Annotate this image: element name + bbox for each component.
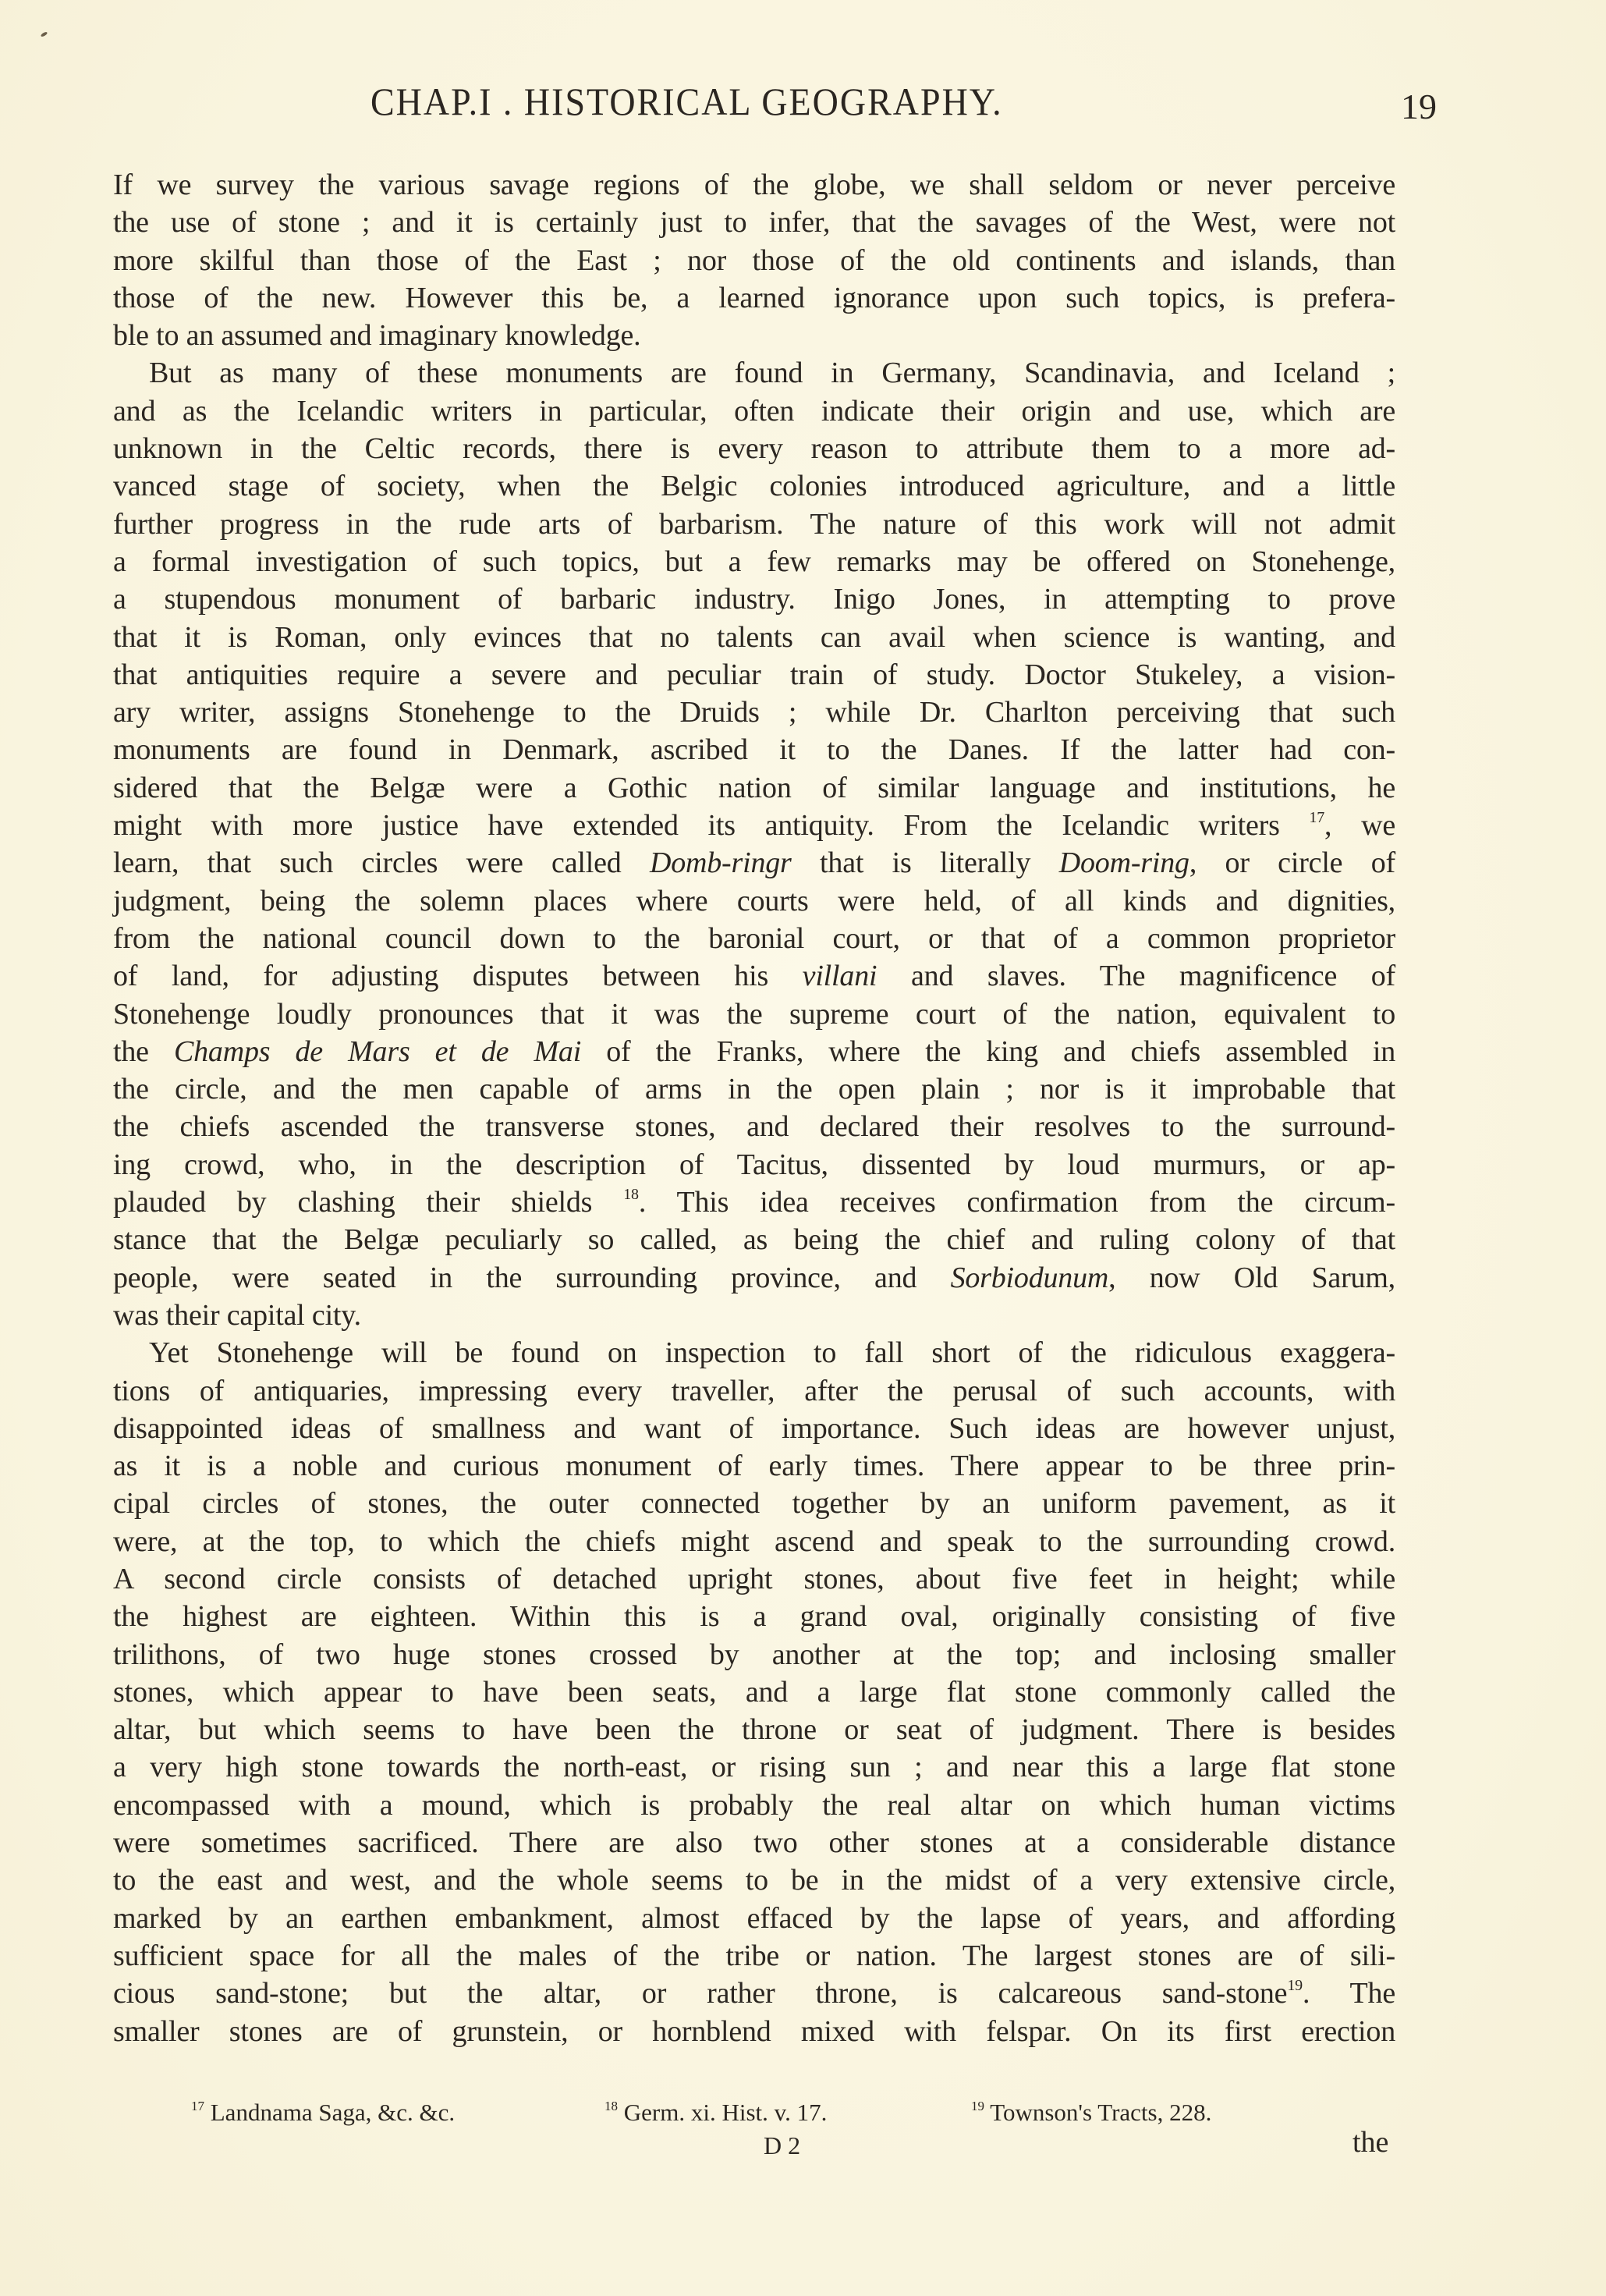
text-line: cious sand-stone; but the altar, or rath…: [113, 1975, 1395, 2012]
text-line: ary writer, assigns Stonehenge to the Dr…: [113, 694, 1395, 731]
text-line: plauded by clashing their shields 18. Th…: [113, 1183, 1395, 1221]
text-line: the Champs de Mars et de Mai of the Fran…: [113, 1033, 1395, 1070]
text-line: sufficient space for all the males of th…: [113, 1937, 1395, 1975]
paper-speck: [41, 31, 48, 37]
text-line: altar, but which seems to have been the …: [113, 1711, 1395, 1748]
running-head: CHAP.I . HISTORICAL GEOGRAPHY.: [370, 80, 1003, 124]
footnote-ref-18[interactable]: 18: [623, 1186, 639, 1203]
text-line: marked by an earthen embankment, almost …: [113, 1900, 1395, 1937]
text-line: smaller stones are of grunstein, or horn…: [113, 2013, 1395, 2050]
text-line: cipal circles of stones, the outer conne…: [113, 1485, 1395, 1522]
text-line: more skilful than those of the East ; no…: [113, 242, 1395, 279]
text-line: of land, for adjusting disputes between …: [113, 957, 1395, 995]
text-line: the use of stone ; and it is certainly j…: [113, 204, 1395, 241]
text-line: If we survey the various savage regions …: [113, 166, 1395, 204]
text-line: to the east and west, and the whole seem…: [113, 1861, 1395, 1899]
footnote-ref-17[interactable]: 17: [1309, 809, 1324, 826]
text-line: might with more justice have extended it…: [113, 807, 1395, 844]
text-line: vanced stage of society, when the Belgic…: [113, 467, 1395, 505]
text-line: ing crowd, who, in the description of Ta…: [113, 1146, 1395, 1183]
text-line: and as the Icelandic writers in particul…: [113, 392, 1395, 430]
text-line: disappointed ideas of smallness and want…: [113, 1410, 1395, 1447]
signature-mark: D 2: [764, 2131, 800, 2160]
text-line: Yet Stonehenge will be found on inspecti…: [113, 1334, 1395, 1372]
text-line: from the national council down to the ba…: [113, 920, 1395, 957]
text-line: stance that the Belgæ peculiarly so call…: [113, 1221, 1395, 1258]
text-line: judgment, being the solemn places where …: [113, 882, 1395, 920]
text-line: the highest are eighteen. Within this is…: [113, 1598, 1395, 1635]
catchword: the: [1353, 2125, 1388, 2159]
text-line: further progress in the rude arts of bar…: [113, 506, 1395, 543]
text-line: a formal investigation of such topics, b…: [113, 543, 1395, 580]
footnote-17: 17 Landnama Saga, &c. &c.: [191, 2099, 455, 2127]
text-line: were sometimes sacrificed. There are als…: [113, 1824, 1395, 1861]
footnote-18: 18 Germ. xi. Hist. v. 17.: [604, 2099, 827, 2127]
text-line: unknown in the Celtic records, there is …: [113, 430, 1395, 467]
footnote-19: 19 Townson's Tracts, 228.: [971, 2099, 1211, 2127]
text-line: a very high stone towards the north-east…: [113, 1748, 1395, 1786]
text-line: as it is a noble and curious monument of…: [113, 1447, 1395, 1485]
book-page: CHAP.I . HISTORICAL GEOGRAPHY. 19 If we …: [0, 0, 1606, 2296]
footnote-ref-19[interactable]: 19: [1287, 1977, 1303, 1994]
text-line: learn, that such circles were called Dom…: [113, 844, 1395, 882]
text-line: those of the new. However this be, a lea…: [113, 279, 1395, 317]
text-line: stones, which appear to have been seats,…: [113, 1673, 1395, 1711]
body-text: If we survey the various savage regions …: [113, 166, 1395, 2050]
text-line: the circle, and the men capable of arms …: [113, 1070, 1395, 1108]
page-number: 19: [1401, 86, 1437, 127]
text-line: that it is Roman, only evinces that no t…: [113, 619, 1395, 656]
text-line: were, at the top, to which the chiefs mi…: [113, 1523, 1395, 1560]
text-line: people, were seated in the surrounding p…: [113, 1259, 1395, 1297]
text-line: But as many of these monuments are found…: [113, 354, 1395, 392]
text-line: the chiefs ascended the transverse stone…: [113, 1108, 1395, 1145]
text-line: tions of antiquaries, impressing every t…: [113, 1372, 1395, 1410]
text-line: Stonehenge loudly pronounces that it was…: [113, 995, 1395, 1033]
text-line: a stupendous monument of barbaric indust…: [113, 580, 1395, 618]
text-line: sidered that the Belgæ were a Gothic nat…: [113, 769, 1395, 807]
text-line: ble to an assumed and imaginary knowledg…: [113, 317, 1395, 354]
text-line: monuments are found in Denmark, ascribed…: [113, 731, 1395, 768]
text-line: A second circle consists of detached upr…: [113, 1560, 1395, 1598]
text-line: trilithons, of two huge stones crossed b…: [113, 1636, 1395, 1673]
text-line: that antiquities require a severe and pe…: [113, 656, 1395, 694]
text-line: encompassed with a mound, which is proba…: [113, 1787, 1395, 1824]
text-line: was their capital city.: [113, 1297, 1395, 1334]
